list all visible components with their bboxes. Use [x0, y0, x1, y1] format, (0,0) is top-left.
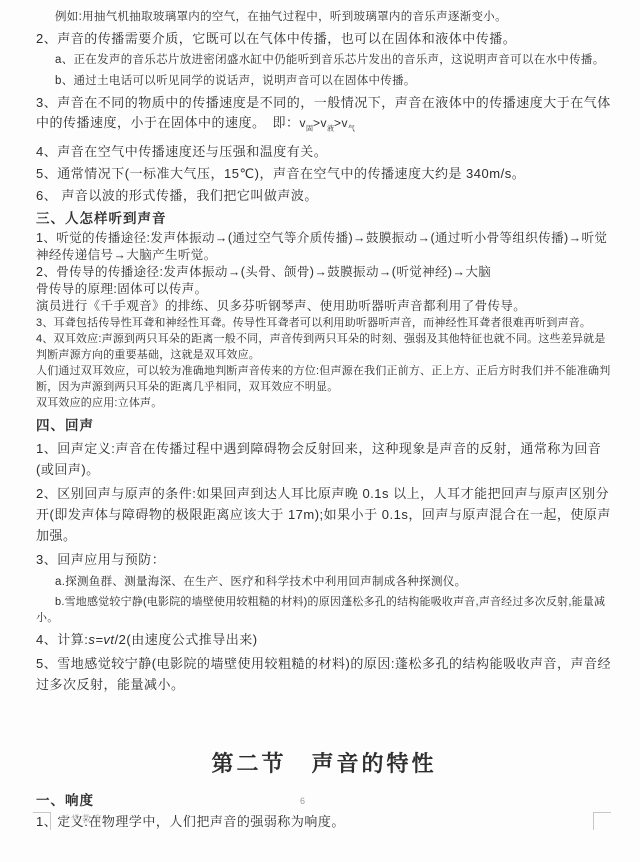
footer-brand: 至学教育	[60, 812, 104, 825]
greater-than-sign: >	[313, 116, 321, 130]
document-page: 例如:用抽气机抽取玻璃罩内的空气，在抽气过程中，听到玻璃罩内的音乐声逐渐变小。 …	[0, 0, 640, 832]
para-hearing-1: 1、听觉的传播途径:发声体振动→(通过空气等介质传播)→鼓膜振动→(通过听小骨等…	[36, 230, 612, 264]
para-propagation-2a: a、正在发声的音乐芯片放进密闭盛水缸中仍能听到音乐芯片发出的音乐声，这说明声音可…	[36, 51, 612, 70]
para-loudness-1: 1、定义:在物理学中，人们把声音的强弱称为响度。	[36, 812, 612, 832]
section-heading-loudness: 一、响度	[36, 791, 612, 810]
para-echo-calc: 4、计算:s=vt/2(由速度公式推导出来)	[36, 629, 612, 650]
para-echo-5: 5、雪地感觉较宁静(电影院的墙壁使用较粗糙的材料)的原因:蓬松多孔的结构能吸收声…	[36, 653, 612, 695]
section-heading-hearing: 三、人怎样听到声音	[36, 209, 612, 228]
para-echo-3: 3、回声应用与预防：	[36, 549, 612, 570]
para-propagation-2: 2、声音的传播需要介质，它既可以在气体中传播，也可以在固体和液体中传播。	[36, 29, 612, 49]
para-hearing-4-application: 双耳效应的应用:立体声。	[36, 395, 612, 411]
para-hearing-2-principle: 骨传导的原理:固体可以传声。	[36, 281, 612, 298]
para-hearing-3: 3、耳聋包括传导性耳聋和神经性耳聋。传导性耳聋者可以利用助听器听声音，而神经性耳…	[36, 315, 612, 331]
calc-suffix: (由速度公式推导出来)	[126, 632, 257, 647]
para-hearing-4-note: 人们通过双耳效应，可以较为准确地判断声音传来的方位:但声源在我们正前方、正上方、…	[36, 363, 612, 395]
para-propagation-4: 4、声音在空气中传播速度还与压强和温度有关。	[36, 142, 612, 162]
calc-rest: /2	[115, 632, 127, 647]
calc-formula: s=vt	[88, 632, 114, 647]
para-hearing-2: 2、骨传导的传播途径:发声体振动→(头骨、颌骨)→鼓膜振动→(听觉神经)→大脑	[36, 264, 612, 281]
chapter-title: 第二节 声音的特性	[36, 749, 612, 779]
formula-sub-liquid: 液	[327, 126, 334, 133]
page-number: 6	[300, 796, 305, 806]
para-hearing-4: 4、双耳效应:声源到两只耳朵的距离一般不同，声音传到两只耳朵的时刻、强弱及其他特…	[36, 331, 612, 363]
para-echo-3b: b.雪地感觉较宁静(电影院的墙壁使用较粗糙的材料)的原因蓬松多孔的结构能吸收声音…	[36, 594, 612, 626]
para-hearing-2-examples: 演员进行《千手观音》的排练、贝多芬听钢琴声、使用助听器听声音都利用了骨传导。	[36, 298, 612, 315]
para-propagation-6: 6、 声音以波的形式传播，我们把它叫做声波。	[36, 186, 612, 206]
greater-than-sign: >	[334, 116, 342, 130]
crop-mark-left	[33, 812, 51, 830]
para-echo-3a: a.探测鱼群、测量海深、在生产、医疗和科学技术中利用回声制成各种探测仪。	[36, 573, 612, 592]
formula-sub-solid: 固	[306, 126, 313, 133]
formula-sub-gas: 气	[348, 126, 355, 133]
para-propagation-3: 3、声音在不同的物质中的传播速度是不同的，一般情况下，声音在液体中的传播速度大于…	[36, 93, 612, 140]
section-heading-echo: 四、回声	[36, 416, 612, 435]
calc-prefix: 4、计算:	[36, 632, 88, 647]
para-propagation-2b: b、通过土电话可以听见同学的说话声，说明声音可以在固体中传播。	[36, 72, 612, 91]
para-example: 例如:用抽气机抽取玻璃罩内的空气，在抽气过程中，听到玻璃罩内的音乐声逐渐变小。	[36, 8, 612, 27]
para-echo-2: 2、区别回声与原声的条件:如果回声到达人耳比原声晚 0.1s 以上，人耳才能把回…	[36, 483, 612, 546]
para-echo-1: 1、回声定义:声音在传播过程中遇到障碍物会反射回来，这种现象是声音的反射，通常称…	[36, 438, 612, 480]
para-propagation-5: 5、通常情况下(一标准大气压，15℃)，声音在空气中的传播速度大约是 340m/…	[36, 164, 612, 184]
speed-formula: v固>v液>v气	[300, 115, 356, 130]
crop-mark-right	[593, 812, 611, 830]
